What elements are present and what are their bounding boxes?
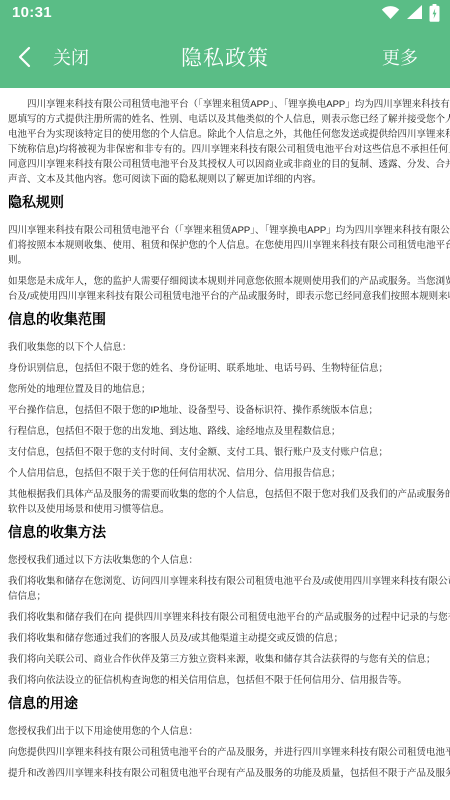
text-line: 下统称信息)均将被视为非保密和非专有的。四川享锂来科技有限公司租赁电池平台对这些… [8, 142, 450, 157]
text-line: 提升和改善四川享锂来科技有限公司租赁电池平台现有产品及服务的功能及质量，包括但不… [8, 766, 450, 781]
section-heading: 信息的用途 [8, 694, 450, 712]
paragraph: 我们将收集和储存您通过我们的客服人员及/或其他渠道主动提交或反馈的信息； [8, 631, 450, 646]
cellular-signal-icon [406, 5, 423, 20]
paragraph: 个人信用信息，包括但不限于关于您的任何信用状况、信用分、信用报告信息； [8, 466, 450, 481]
paragraph: 平台操作信息，包括但不限于您的IP地址、设备型号、设备标识符、操作系统版本信息； [8, 403, 450, 418]
wifi-icon [381, 5, 400, 20]
text-line: 向您提供四川享锂来科技有限公司租赁电池平台的产品及服务，并进行四川享锂来科技有限… [8, 745, 450, 760]
section-heading: 信息的收集范围 [8, 310, 450, 328]
close-button-label[interactable]: 关闭 [53, 44, 89, 70]
paragraph: 您授权我们通过以下方法收集您的个人信息： [8, 553, 450, 568]
text-line: 四川享锂来科技有限公司租赁电池平台（「享锂来租赁APP」、「锂享换电APP」均为… [8, 223, 450, 238]
status-bar: 10:31 [0, 0, 450, 25]
paragraph: 如果您是未成年人，您的监护人需要仔细阅读本规则并同意您依照本规则使用我们的产品或… [8, 274, 450, 304]
text-line: 信信息； [8, 589, 450, 604]
text-line: 行程信息，包括但不限于您的出发地、到达地、路线、途经地点及里程数信息； [8, 424, 450, 439]
section-heading: 信息的收集方法 [8, 523, 450, 541]
paragraph: 提升和改善四川享锂来科技有限公司租赁电池平台现有产品及服务的功能及质量，包括但不… [8, 766, 450, 781]
paragraph: 您授权我们出于以下用途使用您的个人信息： [8, 724, 450, 739]
text-line: 我们将收集和储存在您浏览、访问四川享锂来科技有限公司租赁电池平台及/或使用四川享… [8, 574, 450, 589]
paragraph: 您所处的地理位置及目的地信息； [8, 382, 450, 397]
text-line: 个人信用信息，包括但不限于关于您的任何信用状况、信用分、信用报告信息； [8, 466, 450, 481]
text-line: 如果您是未成年人，您的监护人需要仔细阅读本规则并同意您依照本规则使用我们的产品或… [8, 274, 450, 289]
text-line: 您所处的地理位置及目的地信息； [8, 382, 450, 397]
text-line: 其他根据我们具体产品及服务的需要而收集的您的个人信息，包括但不限于您对我们及我们… [8, 487, 450, 502]
back-chevron-icon[interactable] [18, 46, 31, 68]
close-button[interactable]: 关闭 [18, 44, 89, 70]
text-line: 我们将向依法设立的征信机构查询您的相关信用信息，包括但不限于任何信用分、信用报告… [8, 673, 450, 688]
text-line: 软件以及使用场景和使用习惯等信息。 [8, 502, 450, 517]
paragraph: 行程信息，包括但不限于您的出发地、到达地、路线、途经地点及里程数信息； [8, 424, 450, 439]
text-line: 您授权我们通过以下方法收集您的个人信息： [8, 553, 450, 568]
more-button[interactable]: 更多 [382, 44, 418, 70]
text-line: 我们将向关联公司、商业合作伙伴及第三方独立资料来源，收集和储存其合法获得的与您有… [8, 652, 450, 667]
status-time: 10:31 [12, 4, 52, 21]
text-line: 平台操作信息，包括但不限于您的IP地址、设备型号、设备标识符、操作系统版本信息； [8, 403, 450, 418]
paragraph: 身份识别信息，包括但不限于您的姓名、身份证明、联系地址、电话号码、生物特征信息； [8, 361, 450, 376]
text-line: 四川享锂来科技有限公司租赁电池平台（「享锂来租赁APP」、「锂享换电APP」均为… [8, 97, 450, 112]
text-line: 电池平台为实现该特定目的使用您的个人信息。除此个人信息之外，其他任何您发送或提供… [8, 127, 450, 142]
text-line: 您授权我们出于以下用途使用您的个人信息： [8, 724, 450, 739]
battery-charging-icon [429, 4, 440, 22]
phone-screen: 10:31 隐私政策 关闭 更多 四川享锂来科技有限公司租赁电池平台（ [0, 0, 450, 800]
paragraph: 我们将向关联公司、商业合作伙伴及第三方独立资料来源，收集和储存其合法获得的与您有… [8, 652, 450, 667]
text-line: 我们将收集和储存您通过我们的客服人员及/或其他渠道主动提交或反馈的信息； [8, 631, 450, 646]
paragraph: 我们收集您的以下个人信息： [8, 340, 450, 355]
paragraph: 我们将收集和储存我们在向 提供四川享锂来科技有限公司租赁电池平台的产品或服务的过… [8, 610, 450, 625]
paragraph: 我们将向依法设立的征信机构查询您的相关信用信息，包括但不限于任何信用分、信用报告… [8, 673, 450, 688]
text-line: 我们将收集和储存我们在向 提供四川享锂来科技有限公司租赁电池平台的产品或服务的过… [8, 610, 450, 625]
text-line: 身份识别信息，包括但不限于您的姓名、身份证明、联系地址、电话号码、生物特征信息； [8, 361, 450, 376]
paragraph: 四川享锂来科技有限公司租赁电池平台（「享锂来租赁APP」、「锂享换电APP」均为… [8, 97, 450, 187]
text-line: 则。 [8, 253, 450, 268]
paragraph: 其他根据我们具体产品及服务的需要而收集的您的个人信息，包括但不限于您对我们及我们… [8, 487, 450, 517]
status-icons [381, 4, 440, 22]
text-line: 声音、文本及其他内容。您可阅读下面的隐私规则以了解更加详细的内容。 [8, 172, 450, 187]
text-line: 们将按照本本规则收集、使用、租赁和保护您的个人信息。在您使用四川享锂来科技有限公… [8, 238, 450, 253]
text-line: 我们收集您的以下个人信息： [8, 340, 450, 355]
text-line: 愿填写的方式提供注册所需的姓名、性别、电话以及其他类似的个人信息，则表示您已经了… [8, 112, 450, 127]
privacy-policy-document[interactable]: 四川享锂来科技有限公司租赁电池平台（「享锂来租赁APP」、「锂享换电APP」均为… [0, 88, 450, 800]
text-line: 同意四川享锂来科技有限公司租赁电池平台及其授权人可以因商业或非商业的目的复制、透… [8, 157, 450, 172]
nav-bar: 隐私政策 关闭 更多 [0, 25, 450, 88]
paragraph: 向您提供四川享锂来科技有限公司租赁电池平台的产品及服务，并进行四川享锂来科技有限… [8, 745, 450, 760]
paragraph: 支付信息，包括但不限于您的支付时间、支付金额、支付工具、银行账户及支付账户信息； [8, 445, 450, 460]
text-line: 台及/或使用四川享锂来科技有限公司租赁电池平台的产品或服务时，即表示您已经同意我… [8, 289, 450, 304]
text-line: 支付信息，包括但不限于您的支付时间、支付金额、支付工具、银行账户及支付账户信息； [8, 445, 450, 460]
paragraph: 我们将收集和储存在您浏览、访问四川享锂来科技有限公司租赁电池平台及/或使用四川享… [8, 574, 450, 604]
paragraph: 四川享锂来科技有限公司租赁电池平台（「享锂来租赁APP」、「锂享换电APP」均为… [8, 223, 450, 268]
section-heading: 隐私规则 [8, 193, 450, 211]
